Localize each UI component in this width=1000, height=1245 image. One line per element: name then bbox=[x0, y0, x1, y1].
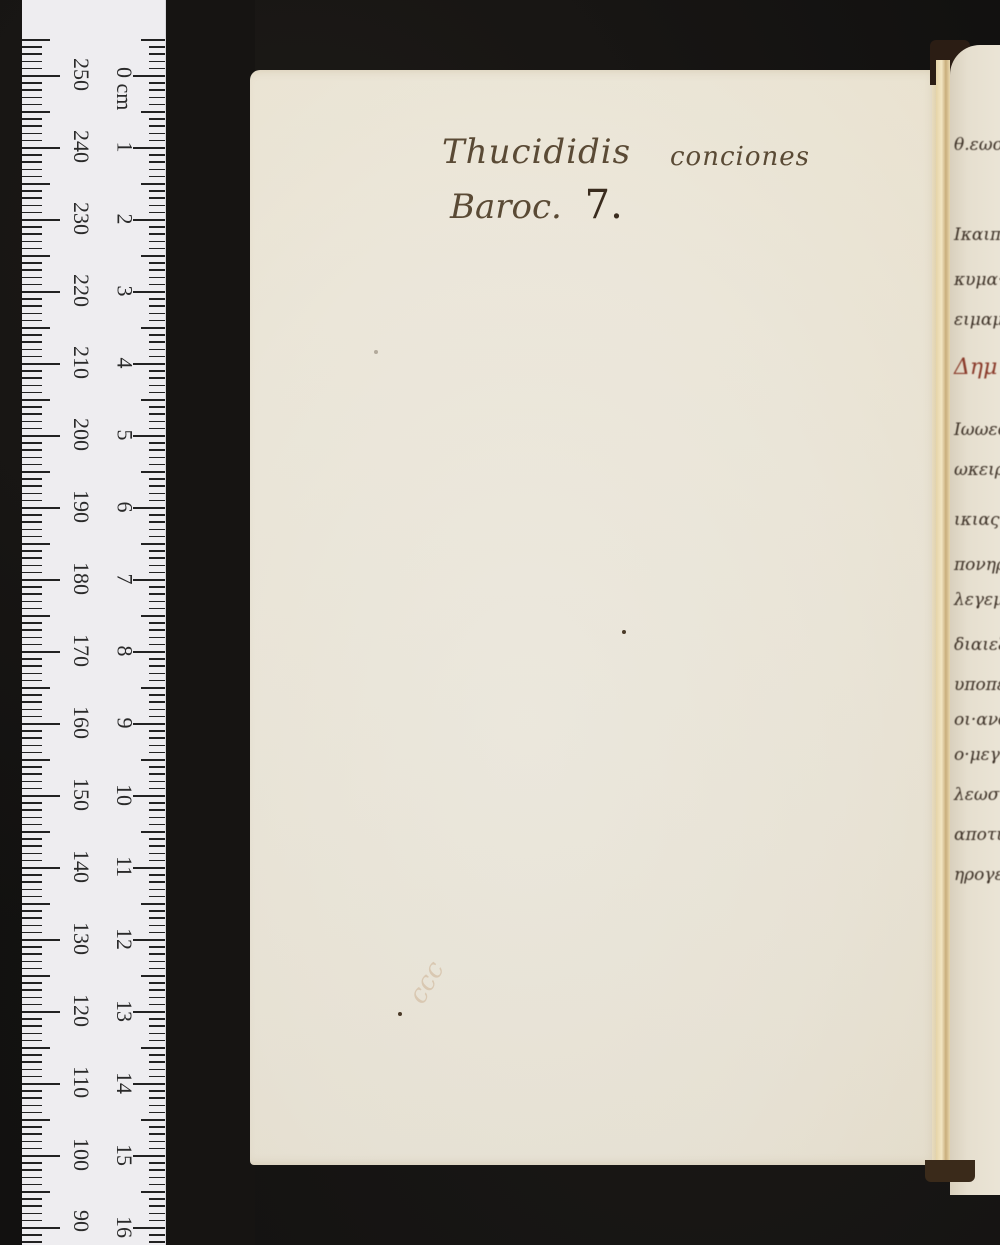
ruler-cm-label: 15 bbox=[113, 1144, 135, 1166]
ruler-tick bbox=[22, 874, 42, 876]
ruler-tick bbox=[133, 219, 165, 221]
ruler-tick bbox=[22, 449, 42, 451]
ruler-tick bbox=[149, 464, 165, 466]
ruler-tick bbox=[22, 529, 42, 531]
ruler-tick bbox=[149, 1054, 165, 1056]
ruler-tick bbox=[22, 1220, 42, 1222]
ruler-tick bbox=[149, 169, 165, 171]
greek-text-line: κυμα· bbox=[954, 270, 1000, 290]
ruler-tick bbox=[149, 161, 165, 163]
ruler-tick bbox=[149, 529, 165, 531]
ruler-tick bbox=[22, 1155, 60, 1157]
ruler-tick bbox=[133, 795, 165, 797]
ruler-cm-label: 5 bbox=[113, 430, 135, 441]
ruler-tick bbox=[141, 1191, 165, 1193]
ruler-tick bbox=[149, 140, 165, 142]
ruler-tick bbox=[22, 154, 42, 156]
ruler-tick bbox=[22, 932, 42, 934]
ruler-tick bbox=[22, 608, 42, 610]
ruler-tick bbox=[149, 1162, 165, 1164]
ruler-tick bbox=[149, 284, 165, 286]
ruler-tick bbox=[22, 1112, 42, 1114]
ruler-tick bbox=[22, 773, 42, 775]
ruler-tick bbox=[141, 39, 165, 41]
ruler-cm-label: 3 bbox=[113, 286, 135, 297]
ruler-tick bbox=[22, 341, 42, 343]
ruler-tick bbox=[149, 1169, 165, 1171]
ruler-tick bbox=[22, 1018, 42, 1020]
ruler-tick bbox=[22, 809, 42, 811]
ruler-tick bbox=[22, 709, 42, 711]
ruler-tick bbox=[22, 637, 42, 639]
ruler-tick bbox=[149, 413, 165, 415]
ruler-mm-label: 90 bbox=[70, 1210, 92, 1244]
black-cloth-backdrop bbox=[165, 0, 255, 1245]
ruler-tick bbox=[149, 946, 165, 948]
ruler-tick bbox=[141, 831, 165, 833]
ruler-tick bbox=[22, 61, 42, 63]
ruler-tick bbox=[22, 46, 42, 48]
ruler-tick bbox=[149, 82, 165, 84]
ruler-tick bbox=[149, 514, 165, 516]
ruler-tick bbox=[22, 485, 42, 487]
shelfmark-number: 7. bbox=[585, 182, 623, 228]
ruler-tick bbox=[149, 521, 165, 523]
ruler-tick bbox=[22, 226, 42, 228]
ruler-tick bbox=[149, 125, 165, 127]
ruler-tick bbox=[22, 737, 42, 739]
ruler-tick bbox=[22, 1076, 42, 1078]
ruler-tick bbox=[149, 457, 165, 459]
ruler-tick bbox=[149, 500, 165, 502]
ruler-tick bbox=[22, 104, 42, 106]
binding-bottom bbox=[925, 1160, 975, 1182]
ruler-tick bbox=[149, 97, 165, 99]
ruler-tick bbox=[22, 255, 50, 257]
ruler-cm-label: 4 bbox=[113, 358, 135, 369]
ruler-tick bbox=[149, 370, 165, 372]
greek-text-line: αποτιωσ bbox=[954, 825, 1000, 845]
ruler-tick bbox=[149, 601, 165, 603]
greek-text-line: θ.εωσαλ bbox=[954, 135, 1000, 155]
ruler-tick bbox=[149, 874, 165, 876]
ruler-tick bbox=[22, 197, 42, 199]
ruler-tick bbox=[22, 493, 42, 495]
ruler-tick bbox=[149, 154, 165, 156]
greek-text-line: Ιωωεσλ bbox=[954, 420, 1000, 440]
ruler-tick bbox=[22, 716, 42, 718]
ruler-tick bbox=[149, 968, 165, 970]
ruler-tick bbox=[149, 1033, 165, 1035]
ruler-mm-label: 100 bbox=[70, 1138, 92, 1172]
greek-text-line: λεωσιμ bbox=[954, 785, 1000, 805]
ruler-mm-label: 250 bbox=[70, 58, 92, 92]
ruler-mm-label: 130 bbox=[70, 922, 92, 956]
flyleaf-page: Thucididis conciones Baroc. 7. ccc bbox=[250, 70, 940, 1165]
ruler-tick bbox=[149, 889, 165, 891]
ruler-mm-label: 110 bbox=[70, 1066, 92, 1100]
ruler-tick bbox=[22, 125, 42, 127]
measuring-ruler: 0 cm123456789101112131415162502402302202… bbox=[22, 0, 166, 1245]
ruler-tick bbox=[22, 1054, 42, 1056]
ruler-tick bbox=[22, 464, 42, 466]
ruler-tick bbox=[149, 269, 165, 271]
ruler-tick bbox=[149, 1061, 165, 1063]
ruler-mm-label: 150 bbox=[70, 778, 92, 812]
ruler-tick bbox=[22, 377, 42, 379]
ruler-tick bbox=[149, 248, 165, 250]
ruler-tick bbox=[22, 190, 42, 192]
ruler-tick bbox=[22, 730, 42, 732]
ruler-tick bbox=[22, 212, 42, 214]
ruler-tick bbox=[22, 925, 42, 927]
ruler-tick bbox=[22, 615, 50, 617]
ruler-tick bbox=[22, 428, 42, 430]
ruler-tick bbox=[149, 53, 165, 55]
ruler-tick bbox=[141, 543, 165, 545]
ruler-cm-label: 10 bbox=[113, 784, 135, 806]
ruler-tick bbox=[149, 701, 165, 703]
ruler-tick bbox=[22, 601, 42, 603]
ruler-cm-label: 2 bbox=[113, 214, 135, 225]
ruler-tick bbox=[133, 363, 165, 365]
faint-offset-marks: ccc bbox=[403, 916, 517, 1034]
ruler-tick bbox=[22, 1040, 42, 1042]
ruler-tick bbox=[149, 1112, 165, 1114]
ruler-cm-label: 0 cm bbox=[113, 67, 135, 111]
ruler-tick bbox=[149, 1090, 165, 1092]
ruler-tick bbox=[149, 197, 165, 199]
ruler-tick bbox=[22, 349, 42, 351]
ruler-tick bbox=[22, 680, 42, 682]
ruler-tick bbox=[149, 773, 165, 775]
ruler-tick bbox=[22, 1126, 42, 1128]
ruler-tick bbox=[141, 183, 165, 185]
ruler-tick bbox=[149, 341, 165, 343]
ruler-tick bbox=[22, 629, 42, 631]
ruler-tick bbox=[22, 1047, 50, 1049]
ruler-tick bbox=[22, 169, 42, 171]
ruler-tick bbox=[22, 1177, 42, 1179]
ruler-mm-label: 220 bbox=[70, 274, 92, 308]
ruler-mm-label: 120 bbox=[70, 994, 92, 1028]
ruler-tick bbox=[149, 176, 165, 178]
ruler-tick bbox=[149, 421, 165, 423]
ruler-tick bbox=[149, 118, 165, 120]
ruler-tick bbox=[149, 442, 165, 444]
ruler-tick bbox=[22, 565, 42, 567]
ruler-tick bbox=[149, 313, 165, 315]
ruler-tick bbox=[22, 1205, 42, 1207]
ruler-tick bbox=[22, 262, 42, 264]
ruler-tick bbox=[22, 183, 50, 185]
ruler-tick bbox=[22, 133, 42, 135]
greek-text-line: διαιεξη bbox=[954, 635, 1000, 655]
ruler-tick bbox=[22, 176, 42, 178]
ruler-tick bbox=[149, 1133, 165, 1135]
ruler-tick bbox=[149, 658, 165, 660]
ruler-tick bbox=[22, 291, 60, 293]
ruler-tick bbox=[149, 1234, 165, 1236]
ruler-tick bbox=[22, 723, 60, 725]
ruler-tick bbox=[149, 557, 165, 559]
ruler-tick bbox=[149, 356, 165, 358]
ruler-tick bbox=[22, 277, 42, 279]
ruler-tick bbox=[22, 622, 42, 624]
ruler-tick bbox=[22, 586, 42, 588]
ruler-tick bbox=[22, 1004, 42, 1006]
ruler-tick bbox=[22, 161, 42, 163]
ruler-tick bbox=[149, 925, 165, 927]
ruler-tick bbox=[149, 608, 165, 610]
ruler-mm-label: 180 bbox=[70, 562, 92, 596]
ruler-cm-label: 14 bbox=[113, 1072, 135, 1094]
inscription-author: Thucididis bbox=[442, 132, 631, 172]
ruler-tick bbox=[22, 514, 42, 516]
ruler-tick bbox=[141, 1047, 165, 1049]
ruler-tick bbox=[149, 845, 165, 847]
greek-text-line: ικιας·τω bbox=[954, 510, 1000, 530]
ruler-tick bbox=[22, 68, 42, 70]
ruler-tick bbox=[149, 190, 165, 192]
ruler-tick bbox=[22, 975, 50, 977]
ruler-tick bbox=[22, 248, 42, 250]
ruler-tick bbox=[22, 781, 42, 783]
ruler-tick bbox=[141, 399, 165, 401]
ruler-tick bbox=[149, 1220, 165, 1222]
ruler-tick bbox=[149, 989, 165, 991]
ruler-tick bbox=[149, 802, 165, 804]
greek-text-line: ηρογενω bbox=[954, 865, 1000, 885]
greek-text-line: οι·ανδοι bbox=[954, 710, 1000, 730]
ruler-tick bbox=[22, 284, 42, 286]
ruler-tick bbox=[22, 413, 42, 415]
ruler-tick bbox=[141, 111, 165, 113]
ruler-tick bbox=[149, 788, 165, 790]
ruler-tick bbox=[133, 435, 165, 437]
ruler-tick bbox=[149, 428, 165, 430]
ruler-tick bbox=[149, 277, 165, 279]
ruler-tick bbox=[22, 89, 42, 91]
ruler-tick bbox=[22, 471, 50, 473]
ruler-tick bbox=[22, 1234, 42, 1236]
ruler-tick bbox=[149, 860, 165, 862]
ruler-tick bbox=[149, 334, 165, 336]
ruler-tick bbox=[22, 118, 42, 120]
ruler-tick bbox=[149, 493, 165, 495]
ruler-tick bbox=[22, 752, 42, 754]
ruler-tick bbox=[149, 766, 165, 768]
shelfmark-collection: Baroc. bbox=[450, 187, 562, 227]
ruler-tick bbox=[133, 1227, 165, 1229]
facing-page-greek-text: θ.εωσαλΙκαιπροσκυμα·ειμαμα·ΔημΙωωεσλωκει… bbox=[950, 45, 1000, 1195]
ruler-tick bbox=[22, 500, 42, 502]
ruler-tick bbox=[149, 781, 165, 783]
ruler-tick bbox=[22, 903, 50, 905]
ruler-tick bbox=[22, 896, 42, 898]
greek-text-line: ειμαμα· bbox=[954, 310, 1000, 330]
ruler-tick bbox=[141, 759, 165, 761]
ruler-tick bbox=[22, 889, 42, 891]
ruler-tick bbox=[149, 673, 165, 675]
ruler-tick bbox=[149, 997, 165, 999]
ruler-tick bbox=[149, 824, 165, 826]
ruler-tick bbox=[22, 1133, 42, 1135]
ruler-tick bbox=[149, 68, 165, 70]
ruler-tick bbox=[22, 557, 42, 559]
ruler-tick bbox=[22, 673, 42, 675]
ruler-tick bbox=[22, 997, 42, 999]
ruler-tick bbox=[149, 1198, 165, 1200]
ruler-tick bbox=[133, 939, 165, 941]
ruler-tick bbox=[22, 939, 60, 941]
ruler-tick bbox=[22, 536, 42, 538]
ruler-tick bbox=[141, 255, 165, 257]
ruler-tick bbox=[133, 651, 165, 653]
ruler-tick bbox=[22, 313, 42, 315]
ruler-tick bbox=[22, 421, 42, 423]
ruler-tick bbox=[22, 1169, 42, 1171]
greek-text-line: πονηρια bbox=[954, 555, 1000, 575]
ruler-tick bbox=[133, 147, 165, 149]
ruler-tick bbox=[133, 75, 165, 77]
ruler-tick bbox=[149, 1076, 165, 1078]
ruler-tick bbox=[149, 1097, 165, 1099]
ruler-mm-label: 140 bbox=[70, 850, 92, 884]
ruler-tick bbox=[22, 241, 42, 243]
ruler-tick bbox=[149, 716, 165, 718]
inscription-title: conciones bbox=[670, 142, 810, 172]
ruler-tick bbox=[141, 1119, 165, 1121]
ruler-tick bbox=[22, 75, 60, 77]
ruler-tick bbox=[22, 1069, 42, 1071]
ruler-tick bbox=[22, 1162, 42, 1164]
ruler-tick bbox=[22, 363, 60, 365]
greek-text-line: ωκειρνδ bbox=[954, 460, 1000, 480]
ruler-tick bbox=[22, 97, 42, 99]
ruler-tick bbox=[133, 1011, 165, 1013]
ruler-mm-label: 170 bbox=[70, 634, 92, 668]
ruler-tick bbox=[133, 291, 165, 293]
ruler-tick bbox=[149, 406, 165, 408]
ruler-cm-label: 13 bbox=[113, 1000, 135, 1022]
ruler-tick bbox=[149, 298, 165, 300]
ruler-tick bbox=[22, 1198, 42, 1200]
ruler-tick bbox=[149, 377, 165, 379]
ruler-tick bbox=[22, 1011, 60, 1013]
ruler-tick bbox=[149, 46, 165, 48]
ruler-tick bbox=[149, 1177, 165, 1179]
ruler-tick bbox=[149, 809, 165, 811]
ruler-tick bbox=[22, 1148, 42, 1150]
ruler-tick bbox=[22, 946, 42, 948]
ruler-tick bbox=[22, 658, 42, 660]
ruler-tick bbox=[22, 298, 42, 300]
ruler-tick bbox=[149, 622, 165, 624]
ruler-tick bbox=[149, 565, 165, 567]
ruler-tick bbox=[149, 212, 165, 214]
ruler-tick bbox=[149, 478, 165, 480]
ruler-cm-label: 6 bbox=[113, 502, 135, 513]
ruler-tick bbox=[141, 687, 165, 689]
ruler-tick bbox=[22, 1097, 42, 1099]
ruler-tick bbox=[149, 730, 165, 732]
ruler-tick bbox=[22, 651, 60, 653]
ruler-tick bbox=[22, 1241, 42, 1243]
ruler-tick bbox=[149, 320, 165, 322]
ruler-tick bbox=[22, 521, 42, 523]
ruler-mm-label: 240 bbox=[70, 130, 92, 164]
ruler-tick bbox=[149, 1025, 165, 1027]
ruler-tick bbox=[22, 205, 42, 207]
ruler-tick bbox=[22, 39, 50, 41]
ruler-tick bbox=[22, 269, 42, 271]
ruler-tick bbox=[149, 838, 165, 840]
ruler-tick bbox=[149, 1148, 165, 1150]
ruler-tick bbox=[149, 737, 165, 739]
ruler-tick bbox=[22, 356, 42, 358]
ruler-tick bbox=[141, 975, 165, 977]
ruler-cm-label: 11 bbox=[113, 856, 135, 878]
ruler-tick bbox=[22, 881, 42, 883]
ruler-tick bbox=[22, 989, 42, 991]
ruler-tick bbox=[22, 320, 42, 322]
ruler-tick bbox=[149, 1141, 165, 1143]
ruler-tick bbox=[133, 507, 165, 509]
ruler-mm-label: 160 bbox=[70, 706, 92, 740]
ruler-tick bbox=[149, 104, 165, 106]
ruler-tick bbox=[133, 579, 165, 581]
ruler-tick bbox=[22, 406, 42, 408]
ruler-tick bbox=[149, 694, 165, 696]
ruler-tick bbox=[149, 932, 165, 934]
ruler-tick bbox=[22, 147, 60, 149]
ruler-tick bbox=[149, 665, 165, 667]
ruler-tick bbox=[133, 867, 165, 869]
ruler-tick bbox=[149, 637, 165, 639]
ruler-tick bbox=[149, 593, 165, 595]
ruler-tick bbox=[133, 1083, 165, 1085]
ruler-tick bbox=[22, 435, 60, 437]
ruler-tick bbox=[149, 205, 165, 207]
ruler-tick bbox=[22, 824, 42, 826]
ruler-tick bbox=[22, 140, 42, 142]
ruler-tick bbox=[149, 536, 165, 538]
ruler-tick bbox=[22, 1119, 50, 1121]
ruler-tick bbox=[149, 1184, 165, 1186]
ruler-tick bbox=[133, 723, 165, 725]
paper-speck bbox=[622, 630, 626, 634]
ruler-tick bbox=[149, 1126, 165, 1128]
ruler-tick bbox=[22, 788, 42, 790]
ruler-tick bbox=[149, 392, 165, 394]
ruler-tick bbox=[149, 881, 165, 883]
ruler-tick bbox=[149, 629, 165, 631]
ruler-tick bbox=[22, 219, 60, 221]
ruler-tick bbox=[22, 968, 42, 970]
ruler-tick bbox=[22, 1105, 42, 1107]
ruler-tick bbox=[149, 953, 165, 955]
ruler-tick bbox=[149, 89, 165, 91]
ruler-tick bbox=[141, 615, 165, 617]
ruler-tick bbox=[149, 233, 165, 235]
ruler-tick bbox=[149, 817, 165, 819]
ruler-tick bbox=[149, 133, 165, 135]
ruler-tick bbox=[22, 961, 42, 963]
ruler-tick bbox=[22, 233, 42, 235]
ruler-tick bbox=[149, 982, 165, 984]
ruler-tick bbox=[22, 82, 42, 84]
